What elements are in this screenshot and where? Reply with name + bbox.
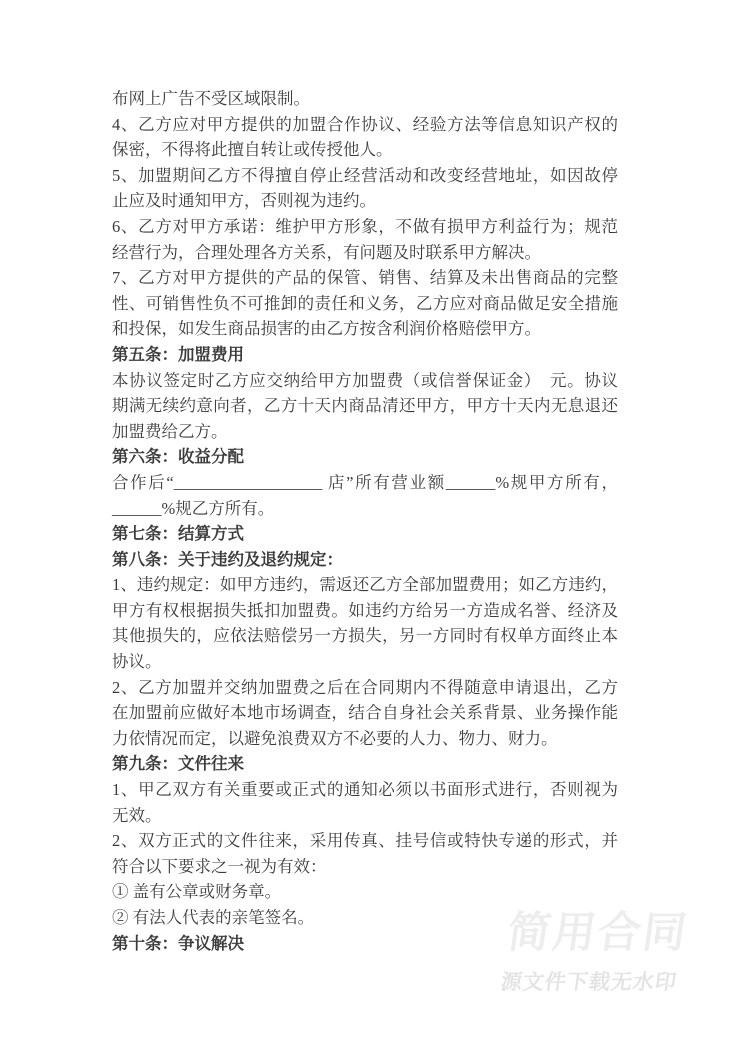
text-line: 1、违约规定：如甲方违约，需返还乙方全部加盟费用；如乙方违约， xyxy=(112,572,618,598)
text-line: 甲方有权根据损失抵扣加盟费。如违约方给另一方造成名誉、经济及 xyxy=(112,598,618,624)
text-line: 经营行为，合理处理各方关系，有问题及时联系甲方解决。 xyxy=(112,240,618,266)
text-line: 2、乙方加盟并交纳加盟费之后在合同期内不得随意申请退出，乙方 xyxy=(112,675,618,701)
text-line: 力依情况而定，以避免浪费双方不必要的人力、物力、财力。 xyxy=(112,726,618,752)
text-line: 协议。 xyxy=(112,649,618,675)
text-line: 1、甲乙双方有关重要或正式的通知必须以书面形式进行，否则视为 xyxy=(112,777,618,803)
text-line: 在加盟前应做好本地市场调查，结合自身社会关系背景、业务操作能 xyxy=(112,700,618,726)
text-line: 符合以下要求之一视为有效： xyxy=(112,854,618,880)
section-heading: 第七条：结算方式 xyxy=(112,521,618,547)
contract-page: 布网上广告不受区域限制。4、乙方应对甲方提供的加盟合作协议、经验方法等信息知识产… xyxy=(0,0,742,1049)
watermark: 简用合同 源文件下载无水印 xyxy=(499,910,691,996)
text-line: 加盟费给乙方。 xyxy=(112,419,618,445)
text-line: 6、乙方对甲方承诺：维护甲方形象，不做有损甲方利益行为；规范 xyxy=(112,214,618,240)
text-line: ① 盖有公章或财务章。 xyxy=(112,879,618,905)
text-line: 布网上广告不受区域限制。 xyxy=(112,86,618,112)
text-line: 5、加盟期间乙方不得擅自停止经营活动和改变经营地址，如因故停 xyxy=(112,163,618,189)
section-heading: 第九条：文件往来 xyxy=(112,751,618,777)
section-heading: 第六条：收益分配 xyxy=(112,444,618,470)
section-heading: 第八条：关于违约及退约规定： xyxy=(112,547,618,573)
text-line: 止应及时通知甲方，否则视为违约。 xyxy=(112,188,618,214)
text-line: 期满无续约意向者，乙方十天内商品清还甲方，甲方十天内无息退还 xyxy=(112,393,618,419)
watermark-subtitle: 源文件下载无水印 xyxy=(499,966,683,996)
watermark-title: 简用合同 xyxy=(504,910,691,957)
text-line: 本协议签定时乙方应交纳给甲方加盟费（或信誉保证金） 元。协议 xyxy=(112,368,618,394)
text-line: 性、可销售性负不可推卸的责任和义务，乙方应对商品做足安全措施 xyxy=(112,291,618,317)
document-body: 布网上广告不受区域限制。4、乙方应对甲方提供的加盟合作协议、经验方法等信息知识产… xyxy=(112,86,618,956)
text-line: 保密，不得将此擅自转让或传授他人。 xyxy=(112,137,618,163)
text-line: 7、乙方对甲方提供的产品的保管、销售、结算及未出售商品的完整 xyxy=(112,265,618,291)
text-line: 4、乙方应对甲方提供的加盟合作协议、经验方法等信息知识产权的 xyxy=(112,112,618,138)
text-line: 2、双方正式的文件往来，采用传真、挂号信或特快专递的形式，并 xyxy=(112,828,618,854)
text-line: 无效。 xyxy=(112,803,618,829)
text-line: 其他损失的，应依法赔偿另一方损失，另一方同时有权单方面终止本 xyxy=(112,623,618,649)
text-line: 合作后“__________________ 店”所有营业额______%规甲方… xyxy=(112,470,618,496)
section-heading: 第五条：加盟费用 xyxy=(112,342,618,368)
text-line: 和投保，如发生商品损害的由乙方按含利润价格赔偿甲方。 xyxy=(112,316,618,342)
text-line: ______%规乙方所有。 xyxy=(112,496,618,522)
